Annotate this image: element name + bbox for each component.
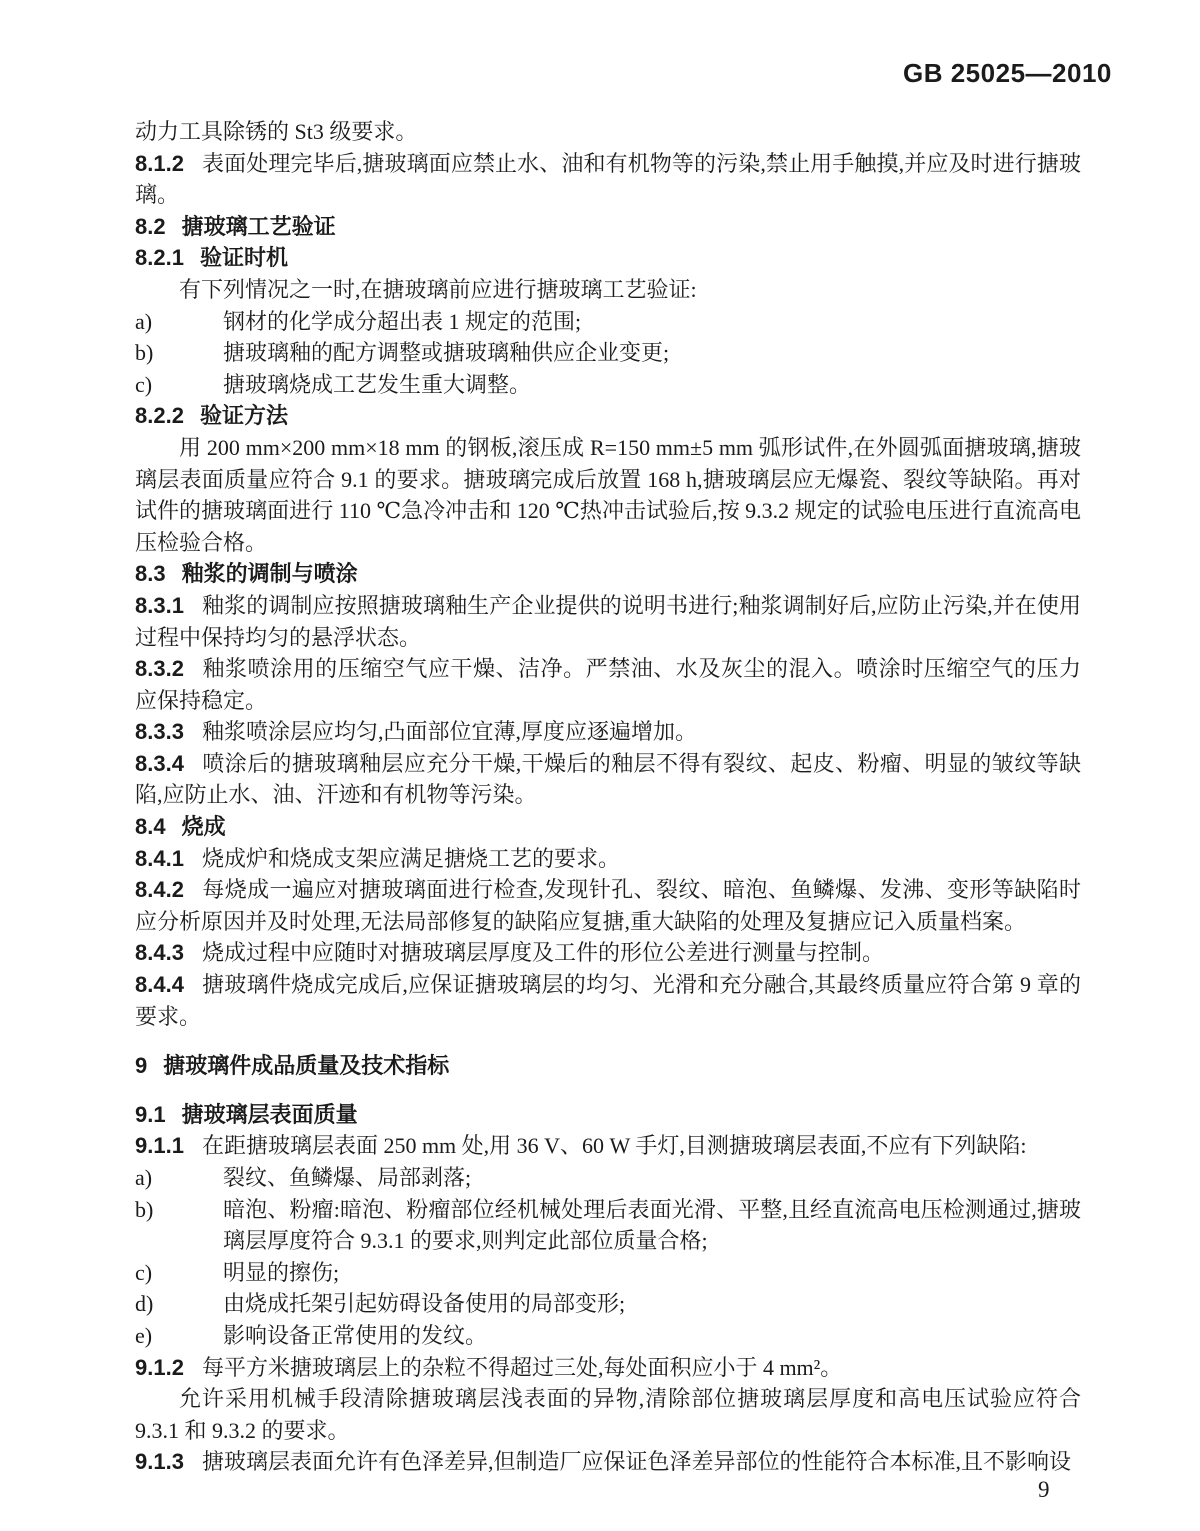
section-heading: 9搪玻璃件成品质量及技术指标 [135, 1050, 1081, 1082]
paragraph-text: 每烧成一遍应对搪玻璃面进行检查,发现针孔、裂纹、暗泡、鱼鳞爆、发沸、变形等缺陷时… [135, 877, 1081, 934]
clause-paragraph: 8.3.2釉浆喷涂用的压缩空气应干燥、洁净。严禁油、水及灰尘的混入。喷涂时压缩空… [135, 653, 1081, 716]
paragraph-text: 在距搪玻璃层表面 250 mm 处,用 36 V、60 W 手灯,目测搪玻璃层表… [202, 1133, 1027, 1158]
clause-number: 8.4.2 [135, 877, 184, 902]
paragraph-text: 允许采用机械手段清除搪玻璃层浅表面的异物,清除部位搪玻璃层厚度和高电压试验应符合… [135, 1386, 1081, 1443]
list-marker: c) [179, 369, 223, 401]
clause-number: 8.3.4 [135, 751, 184, 776]
clause-paragraph: 9.1.2每平方米搪玻璃层上的杂粒不得超过三处,每处面积应小于 4 mm²。 [135, 1352, 1081, 1384]
clause-number: 8.2.1 [135, 245, 184, 270]
clause-number: 8.2.2 [135, 403, 184, 428]
clause-number: 8.3.3 [135, 719, 184, 744]
clause-number: 9.1.3 [135, 1449, 184, 1474]
clause-paragraph: 8.4.3烧成过程中应随时对搪玻璃层厚度及工件的形位公差进行测量与控制。 [135, 937, 1081, 969]
paragraph-text: 钢材的化学成分超出表 1 规定的范围; [223, 309, 581, 334]
list-item: c)搪玻璃烧成工艺发生重大调整。 [223, 369, 1081, 401]
paragraph: 允许采用机械手段清除搪玻璃层浅表面的异物,清除部位搪玻璃层厚度和高电压试验应符合… [135, 1383, 1081, 1446]
clause-heading: 8.3釉浆的调制与喷涂 [135, 558, 1081, 590]
paragraph-text: 动力工具除锈的 St3 级要求。 [135, 119, 417, 144]
document-page: GB 25025—2010 动力工具除锈的 St3 级要求。8.1.2表面处理完… [0, 0, 1200, 1531]
clause-heading: 8.2.2验证方法 [135, 400, 1081, 432]
clause-heading: 8.2搪玻璃工艺验证 [135, 211, 1081, 243]
page-number: 9 [1038, 1477, 1050, 1503]
paragraph-text: 烧成炉和烧成支架应满足搪烧工艺的要求。 [202, 846, 620, 871]
list-item: c)明显的擦伤; [223, 1257, 1081, 1289]
clause-number: 8.3.1 [135, 593, 184, 618]
paragraph-text: 釉浆的调制与喷涂 [182, 561, 358, 586]
paragraph-text: 喷涂后的搪玻璃釉层应充分干燥,干燥后的釉层不得有裂纹、起皮、粉瘤、明显的皱纹等缺… [135, 751, 1081, 808]
clause-heading: 8.4烧成 [135, 811, 1081, 843]
list-item: a)裂纹、鱼鳞爆、局部剥落; [223, 1162, 1081, 1194]
paragraph-text: 釉浆喷涂用的压缩空气应干燥、洁净。严禁油、水及灰尘的混入。喷涂时压缩空气的压力应… [135, 656, 1081, 713]
clause-number: 8.4 [135, 814, 166, 839]
clause-number: 8.3 [135, 561, 166, 586]
paragraph-text: 搪玻璃件烧成完成后,应保证搪玻璃层的均匀、光滑和充分融合,其最终质量应符合第 9… [135, 972, 1081, 1029]
paragraph-text: 裂纹、鱼鳞爆、局部剥落; [223, 1165, 471, 1190]
document-body: 动力工具除锈的 St3 级要求。8.1.2表面处理完毕后,搪玻璃面应禁止水、油和… [135, 116, 1081, 1478]
paragraph: 用 200 mm×200 mm×18 mm 的钢板,滚压成 R=150 mm±5… [135, 432, 1081, 558]
clause-number: 8.1.2 [135, 151, 184, 176]
paragraph-text: 搪玻璃层表面允许有色泽差异,但制造厂应保证色泽差异部位的性能符合本标准,且不影响… [202, 1449, 1071, 1474]
list-item: b)搪玻璃釉的配方调整或搪玻璃釉供应企业变更; [223, 337, 1081, 369]
clause-paragraph: 8.4.2每烧成一遍应对搪玻璃面进行检查,发现针孔、裂纹、暗泡、鱼鳞爆、发沸、变… [135, 874, 1081, 937]
clause-paragraph: 8.1.2表面处理完毕后,搪玻璃面应禁止水、油和有机物等的污染,禁止用手触摸,并… [135, 148, 1081, 211]
paragraph-text: 验证方法 [200, 403, 288, 428]
list-marker: e) [179, 1320, 223, 1352]
paragraph-text: 验证时机 [200, 245, 288, 270]
clause-paragraph: 8.3.3釉浆喷涂层应均匀,凸面部位宜薄,厚度应逐遍增加。 [135, 716, 1081, 748]
paragraph-text: 搪玻璃釉的配方调整或搪玻璃釉供应企业变更; [223, 340, 669, 365]
clause-paragraph: 8.4.4搪玻璃件烧成完成后,应保证搪玻璃层的均匀、光滑和充分融合,其最终质量应… [135, 969, 1081, 1032]
clause-number: 8.4.4 [135, 972, 184, 997]
clause-paragraph: 8.3.4喷涂后的搪玻璃釉层应充分干燥,干燥后的釉层不得有裂纹、起皮、粉瘤、明显… [135, 748, 1081, 811]
paragraph-text: 每平方米搪玻璃层上的杂粒不得超过三处,每处面积应小于 4 mm²。 [202, 1355, 842, 1380]
clause-number: 8.2 [135, 214, 166, 239]
list-marker: d) [179, 1288, 223, 1320]
paragraph-text: 烧成过程中应随时对搪玻璃层厚度及工件的形位公差进行测量与控制。 [202, 940, 884, 965]
list-item: d)由烧成托架引起妨碍设备使用的局部变形; [223, 1288, 1081, 1320]
paragraph-text: 明显的擦伤; [223, 1260, 339, 1285]
clause-heading: 8.2.1验证时机 [135, 242, 1081, 274]
list-marker: b) [179, 1194, 223, 1226]
paragraph-text: 用 200 mm×200 mm×18 mm 的钢板,滚压成 R=150 mm±5… [135, 435, 1081, 555]
list-marker: b) [179, 337, 223, 369]
clause-paragraph: 9.1.1在距搪玻璃层表面 250 mm 处,用 36 V、60 W 手灯,目测… [135, 1130, 1081, 1162]
paragraph-text: 由烧成托架引起妨碍设备使用的局部变形; [223, 1291, 625, 1316]
clause-heading: 9.1搪玻璃层表面质量 [135, 1099, 1081, 1131]
standard-number: GB 25025—2010 [903, 58, 1112, 89]
paragraph: 有下列情况之一时,在搪玻璃前应进行搪玻璃工艺验证: [135, 274, 1081, 306]
paragraph-text: 烧成 [182, 814, 226, 839]
list-marker: a) [179, 306, 223, 338]
paragraph-text: 搪玻璃件成品质量及技术指标 [163, 1053, 449, 1078]
list-item: b)暗泡、粉瘤:暗泡、粉瘤部位经机械处理后表面光滑、平整,且经直流高电压检测通过… [223, 1194, 1081, 1257]
clause-number: 8.3.2 [135, 656, 184, 681]
paragraph-text: 有下列情况之一时,在搪玻璃前应进行搪玻璃工艺验证: [179, 277, 697, 302]
clause-number: 9 [135, 1053, 147, 1078]
clause-paragraph: 8.3.1釉浆的调制应按照搪玻璃釉生产企业提供的说明书进行;釉浆调制好后,应防止… [135, 590, 1081, 653]
paragraph-text: 釉浆喷涂层应均匀,凸面部位宜薄,厚度应逐遍增加。 [202, 719, 697, 744]
list-marker: c) [179, 1257, 223, 1289]
paragraph: 动力工具除锈的 St3 级要求。 [135, 116, 1081, 148]
clause-number: 9.1 [135, 1102, 166, 1127]
paragraph-text: 表面处理完毕后,搪玻璃面应禁止水、油和有机物等的污染,禁止用手触摸,并应及时进行… [135, 151, 1081, 208]
clause-number: 9.1.1 [135, 1133, 184, 1158]
paragraph-text: 暗泡、粉瘤:暗泡、粉瘤部位经机械处理后表面光滑、平整,且经直流高电压检测通过,搪… [223, 1197, 1081, 1254]
paragraph-text: 釉浆的调制应按照搪玻璃釉生产企业提供的说明书进行;釉浆调制好后,应防止污染,并在… [135, 593, 1081, 650]
clause-paragraph: 9.1.3搪玻璃层表面允许有色泽差异,但制造厂应保证色泽差异部位的性能符合本标准… [135, 1446, 1081, 1478]
paragraph-text: 搪玻璃工艺验证 [182, 214, 336, 239]
paragraph-text: 搪玻璃层表面质量 [182, 1102, 358, 1127]
clause-number: 9.1.2 [135, 1355, 184, 1380]
list-marker: a) [179, 1162, 223, 1194]
paragraph-text: 搪玻璃烧成工艺发生重大调整。 [223, 372, 531, 397]
clause-paragraph: 8.4.1烧成炉和烧成支架应满足搪烧工艺的要求。 [135, 843, 1081, 875]
list-item: e)影响设备正常使用的发纹。 [223, 1320, 1081, 1352]
clause-number: 8.4.1 [135, 846, 184, 871]
list-item: a)钢材的化学成分超出表 1 规定的范围; [223, 306, 1081, 338]
paragraph-text: 影响设备正常使用的发纹。 [223, 1323, 487, 1348]
clause-number: 8.4.3 [135, 940, 184, 965]
